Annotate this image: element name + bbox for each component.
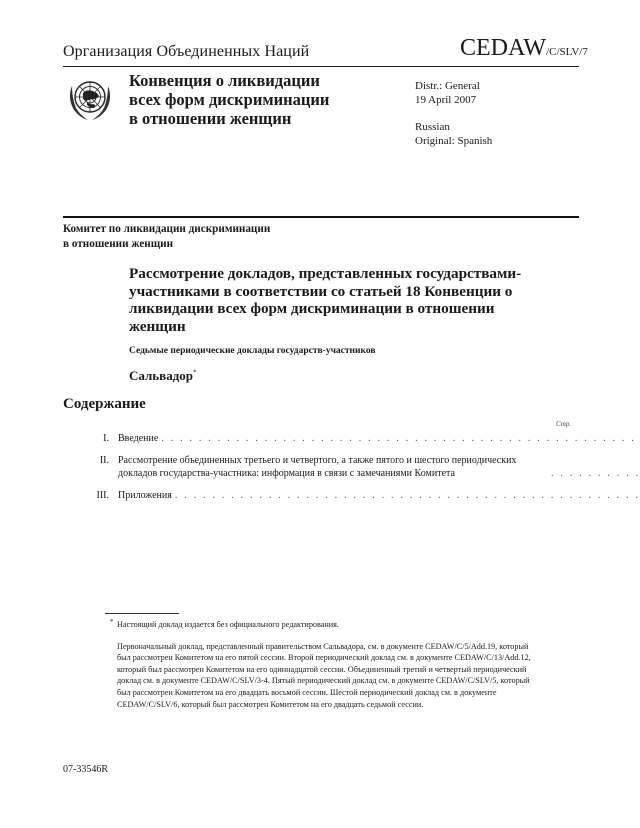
committee-name: Комитет по ликвидации дискриминации в от… bbox=[63, 222, 270, 252]
convention-title-line: в отношении женщин bbox=[129, 109, 329, 128]
convention-title: Конвенция о ликвидации всех форм дискрим… bbox=[129, 71, 329, 128]
contents-heading: Содержание bbox=[63, 396, 146, 413]
toc-label[interactable]: Приложения bbox=[118, 489, 172, 502]
toc-item[interactable]: I. Введение 2 bbox=[63, 432, 581, 445]
document-number: 07-33546R bbox=[63, 764, 108, 775]
organization-name: Организация Объединенных Наций bbox=[63, 43, 309, 61]
committee-line: Комитет по ликвидации дискриминации bbox=[63, 222, 270, 237]
issue-date: 19 April 2007 bbox=[415, 93, 492, 107]
toc-label[interactable]: Введение bbox=[118, 432, 158, 445]
committee-line: в отношении женщин bbox=[63, 237, 270, 252]
toc-number: I. bbox=[63, 432, 118, 445]
toc-number: II. bbox=[63, 454, 118, 467]
report-subtitle: Седьмые периодические доклады государств… bbox=[129, 346, 376, 356]
footnote-paragraph: Первоначальный доклад, представленный пр… bbox=[117, 641, 537, 711]
toc-item[interactable]: II. Рассмотрение объединенных третьего и… bbox=[63, 454, 581, 480]
page-column-label: Стр. bbox=[556, 420, 571, 428]
original-language: Original: Spanish bbox=[415, 134, 492, 148]
footnote-mark: * bbox=[110, 618, 114, 626]
language: Russian bbox=[415, 120, 492, 134]
header-rule bbox=[63, 66, 579, 67]
convention-title-line: Конвенция о ликвидации bbox=[129, 71, 329, 90]
document-symbol: CEDAW/C/SLV/7 bbox=[460, 35, 588, 62]
section-rule bbox=[63, 216, 579, 218]
table-of-contents: I. Введение 2 II. Рассмотрение объединен… bbox=[63, 432, 581, 511]
footnote-reference[interactable]: * bbox=[193, 369, 197, 377]
convention-title-line: всех форм дискриминации bbox=[129, 90, 329, 109]
footnote: Настоящий доклад издается без официально… bbox=[117, 619, 537, 720]
distribution: Distr.: General bbox=[415, 79, 492, 93]
document-symbol-main: CEDAW bbox=[460, 35, 546, 61]
un-emblem-icon bbox=[63, 72, 117, 126]
toc-leader bbox=[161, 432, 640, 445]
toc-label[interactable]: Рассмотрение объединенных третьего и чет… bbox=[118, 454, 548, 480]
document-symbol-suffix: /C/SLV/7 bbox=[546, 46, 588, 58]
report-title: Рассмотрение докладов, представленных го… bbox=[129, 265, 539, 335]
toc-number: III. bbox=[63, 489, 118, 502]
footnote-paragraph: Настоящий доклад издается без официально… bbox=[117, 619, 537, 631]
distribution-block: Distr.: General 19 April 2007 Russian Or… bbox=[415, 79, 492, 148]
toc-leader bbox=[175, 489, 640, 502]
footnote-rule bbox=[105, 613, 179, 614]
country-name: Сальвадор* bbox=[129, 368, 197, 384]
country-label: Сальвадор bbox=[129, 368, 193, 383]
toc-item[interactable]: III. Приложения 73 bbox=[63, 489, 581, 502]
toc-leader bbox=[551, 467, 640, 480]
